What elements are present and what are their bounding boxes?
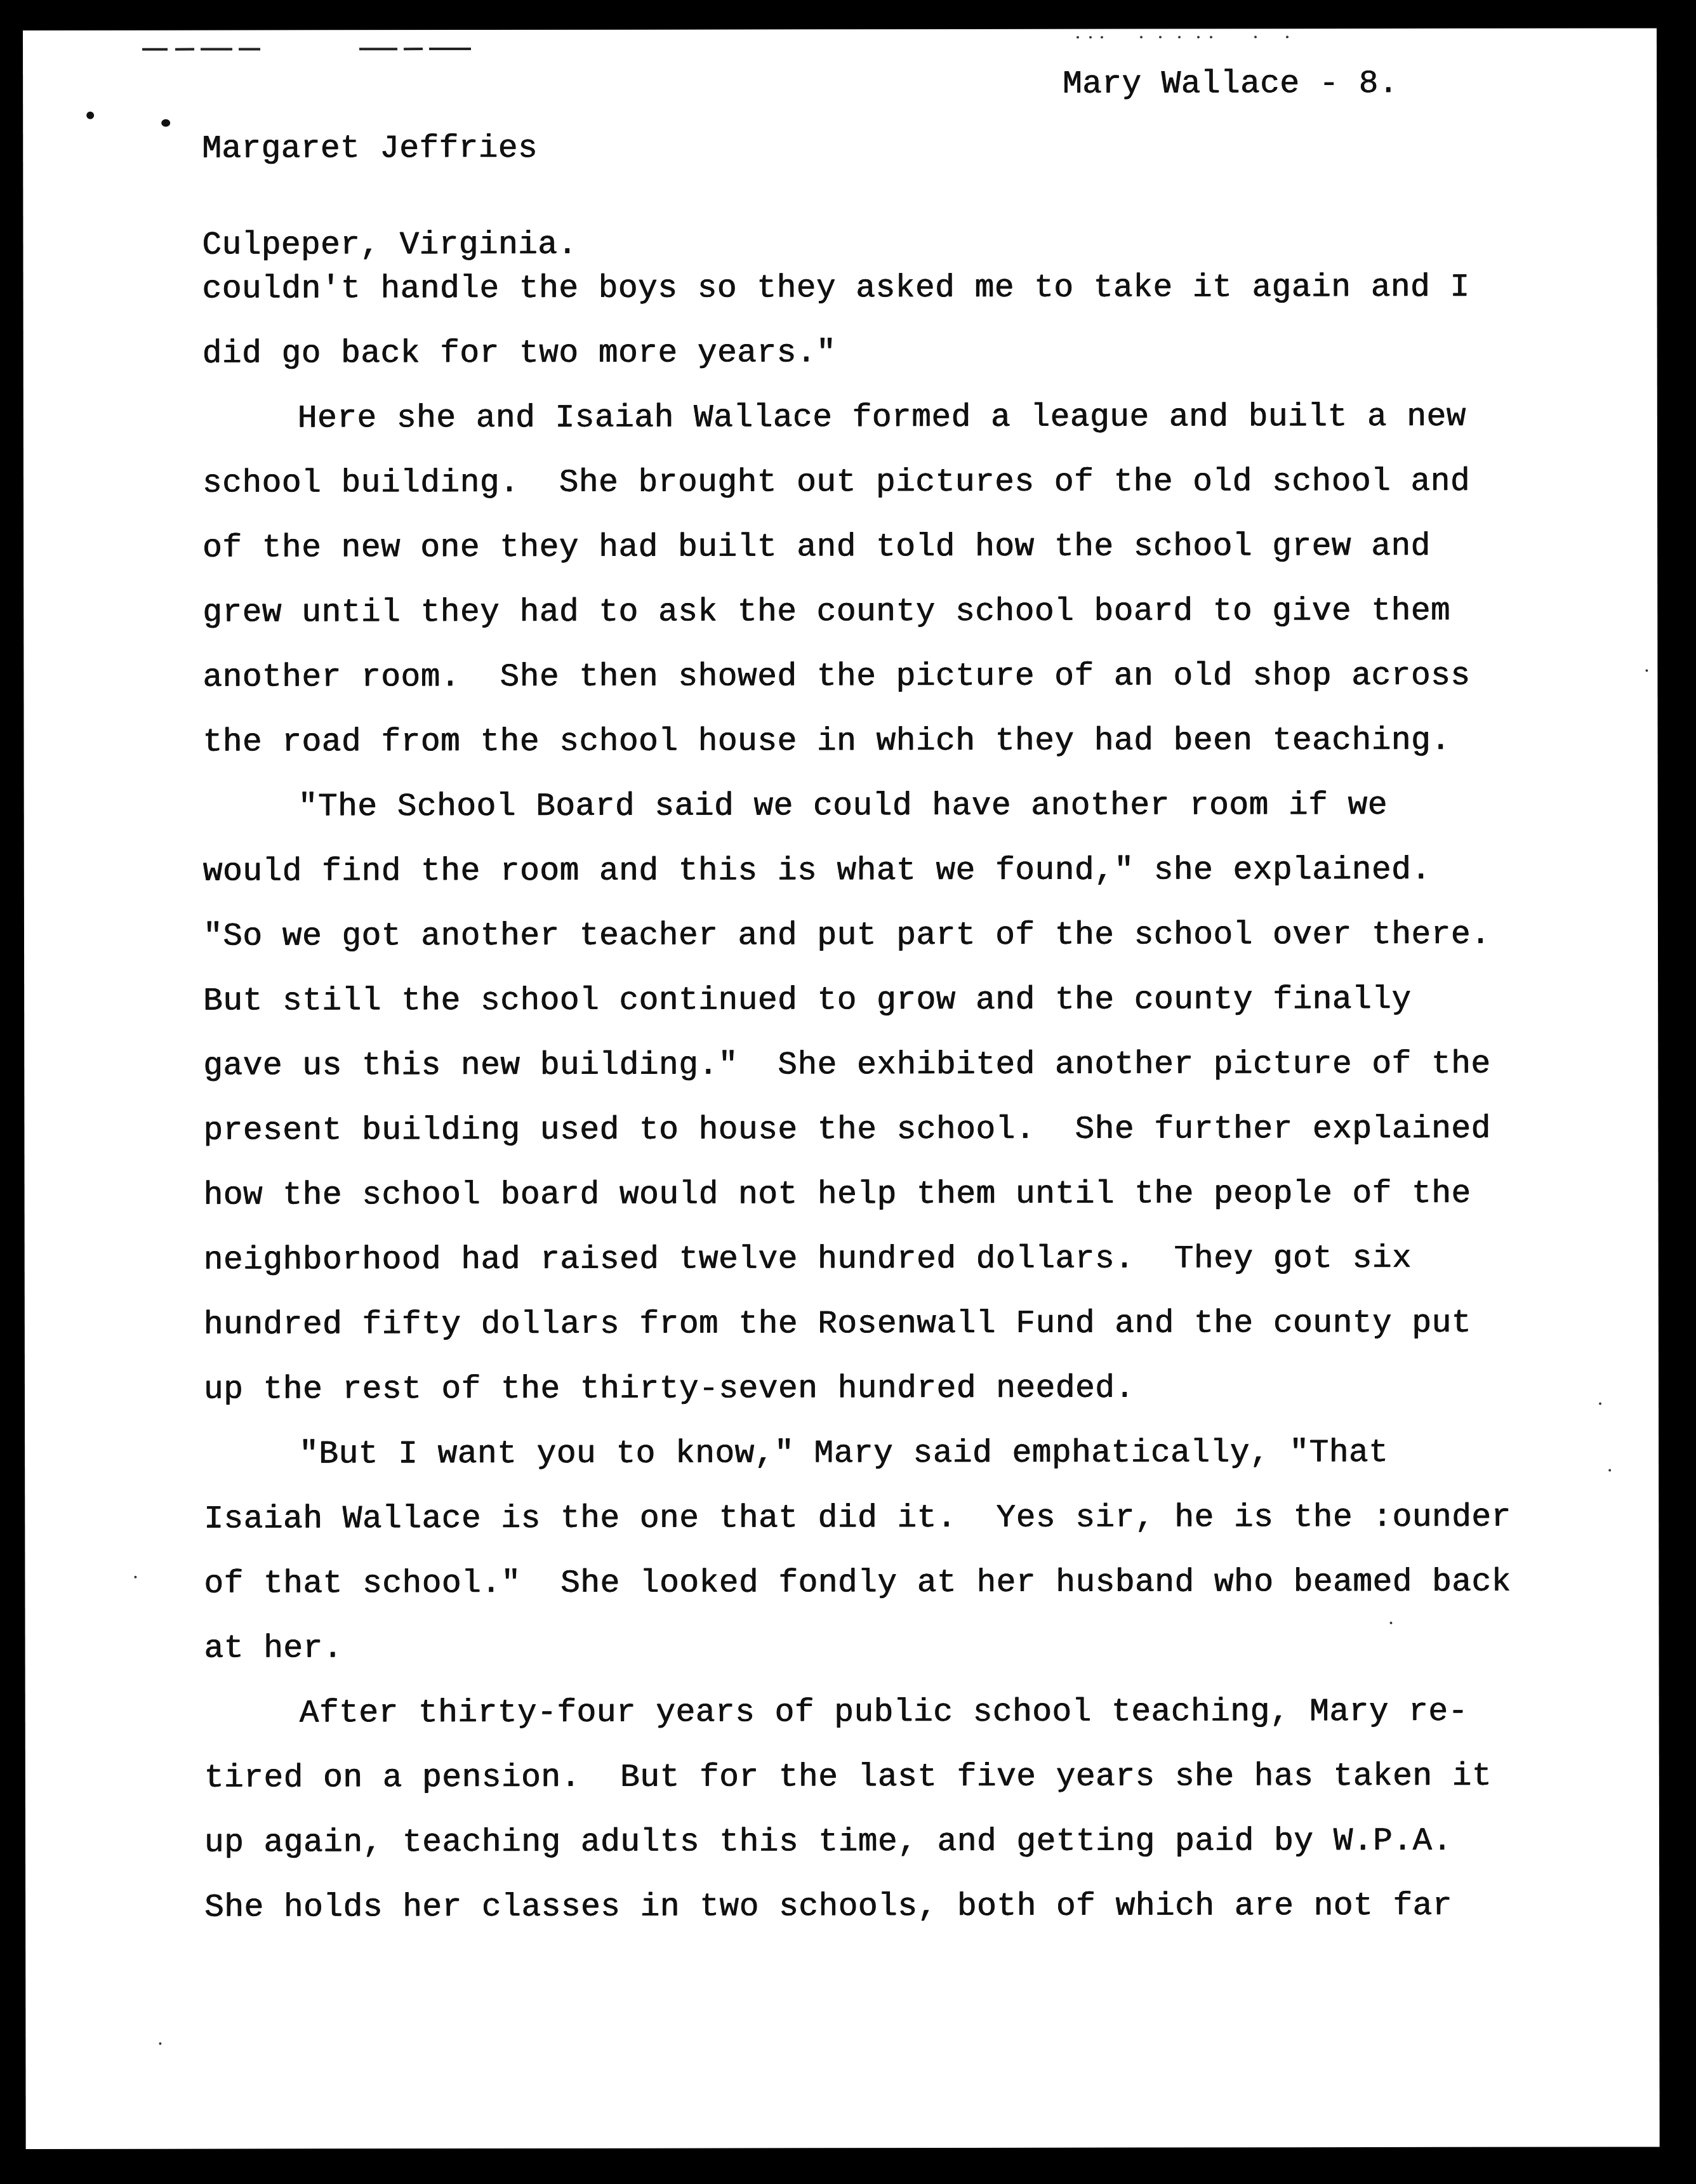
text-line: of that school." She looked fondly at he… bbox=[204, 1551, 1600, 1617]
text-line: Isaiah Wallace is the one that did it. Y… bbox=[204, 1486, 1600, 1552]
text-line: gave us this new building." She exhibite… bbox=[203, 1033, 1600, 1099]
text-line: up again, teaching adults this time, and… bbox=[204, 1810, 1601, 1876]
typewritten-page: Margaret Jeffries Culpeper, Virginia. Ma… bbox=[23, 28, 1660, 2149]
text-line: did go back for two more years." bbox=[202, 321, 1599, 387]
scan-speck bbox=[1599, 1403, 1601, 1405]
text-line: the road from the school house in which … bbox=[202, 709, 1599, 776]
scan-speck bbox=[159, 2042, 161, 2045]
text-line: at her. bbox=[204, 1615, 1600, 1682]
text-line: "But I want you to know," Mary said emph… bbox=[204, 1421, 1600, 1488]
faded-header-dots bbox=[1070, 32, 1451, 45]
text-line: grew until they had to ask the county sc… bbox=[202, 579, 1599, 646]
text-line: Here she and Isaiah Wallace formed a lea… bbox=[202, 385, 1599, 452]
text-line: couldn't handle the boys so they asked m… bbox=[202, 256, 1598, 322]
scan-speck bbox=[134, 1576, 136, 1578]
page-title: Mary Wallace - 8. bbox=[1063, 68, 1398, 101]
author-name: Margaret Jeffries bbox=[202, 133, 577, 165]
scan-speck bbox=[1390, 1622, 1393, 1624]
ink-blot-mark bbox=[161, 119, 170, 127]
text-line: another room. She then showed the pictur… bbox=[202, 644, 1599, 711]
text-line: After thirty-four years of public school… bbox=[204, 1680, 1601, 1747]
scan-speck bbox=[1608, 1469, 1611, 1472]
text-line: up the rest of the thirty-seven hundred … bbox=[204, 1356, 1600, 1423]
text-line: tired on a pension. But for the last fiv… bbox=[204, 1745, 1601, 1811]
ink-blot-mark bbox=[86, 112, 94, 119]
text-line: She holds her classes in two schools, bo… bbox=[204, 1874, 1601, 1941]
text-line: But still the school continued to grow a… bbox=[203, 968, 1600, 1035]
document-body: couldn't handle the boys so they asked m… bbox=[202, 256, 1601, 1941]
text-line: of the new one they had built and told h… bbox=[202, 515, 1599, 581]
text-line: hundred fifty dollars from the Rosenwall… bbox=[204, 1292, 1600, 1358]
scan-speck bbox=[1645, 669, 1648, 672]
text-line: how the school board would not help them… bbox=[203, 1162, 1600, 1229]
text-line: would find the room and this is what we … bbox=[203, 838, 1600, 905]
text-line: "So we got another teacher and put part … bbox=[203, 903, 1600, 970]
text-line: "The School Board said we could have ano… bbox=[203, 774, 1600, 840]
scan-speck bbox=[1356, 489, 1359, 491]
text-line: neighborhood had raised twelve hundred d… bbox=[204, 1227, 1600, 1294]
text-line: present building used to house the schoo… bbox=[203, 1097, 1600, 1164]
faded-header-marks bbox=[137, 36, 645, 56]
text-line: school building. She brought out picture… bbox=[202, 450, 1599, 517]
